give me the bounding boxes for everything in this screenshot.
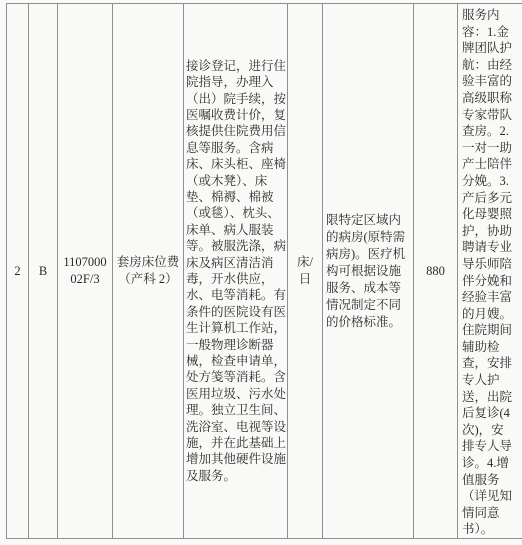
seq-cell: 2: [7, 4, 29, 539]
price-list-table: 2 B 1107000 02F/3 套房床位费 （产科 2） 接诊登记，进行住院…: [6, 3, 522, 539]
connotation-text: 接诊登记，进行住院指导，办理入（出）院手续，按医嘱收费计价，复核提供住院费用信息…: [186, 59, 286, 483]
item-name-cell: 套房床位费 （产科 2）: [113, 4, 184, 539]
service-content-text: 服务内容：1.金牌团队护航：由经验丰富的高级职称专家带队查房。2.一对一助产士陪…: [462, 8, 512, 536]
code-line-2: 02F/3: [58, 271, 112, 289]
table-row: 2 B 1107000 02F/3 套房床位费 （产科 2） 接诊登记，进行住院…: [7, 4, 522, 539]
item-name-line-2: （产科 2）: [113, 271, 183, 289]
unit-cell: 床/ 日: [288, 4, 323, 539]
code-line-1: 1107000: [58, 254, 112, 272]
unit-line-1: 床/: [288, 254, 322, 272]
grade-value: B: [39, 264, 47, 278]
unit-line-2: 日: [288, 271, 322, 289]
scanned-document-page: 2 B 1107000 02F/3 套房床位费 （产科 2） 接诊登记，进行住院…: [0, 0, 522, 545]
service-content-cell: 服务内容：1.金牌团队护航：由经验丰富的高级职称专家带队查房。2.一对一助产士陪…: [458, 4, 522, 539]
grade-cell: B: [29, 4, 58, 539]
connotation-cell: 接诊登记，进行住院指导，办理入（出）院手续，按医嘱收费计价，复核提供住院费用信息…: [184, 4, 288, 539]
price-value: 880: [426, 264, 445, 278]
seq-value: 2: [14, 264, 20, 278]
price-cell: 880: [414, 4, 458, 539]
item-name-line-1: 套房床位费: [113, 254, 183, 272]
code-cell: 1107000 02F/3: [58, 4, 113, 539]
scope-cell: 限特定区域内的病房(原特需病房)。医疗机构可根据设施服务、成本等情况制定不同的价…: [323, 4, 414, 539]
scope-text: 限特定区域内的病房(原特需病房)。医疗机构可根据设施服务、成本等情况制定不同的价…: [326, 213, 405, 329]
